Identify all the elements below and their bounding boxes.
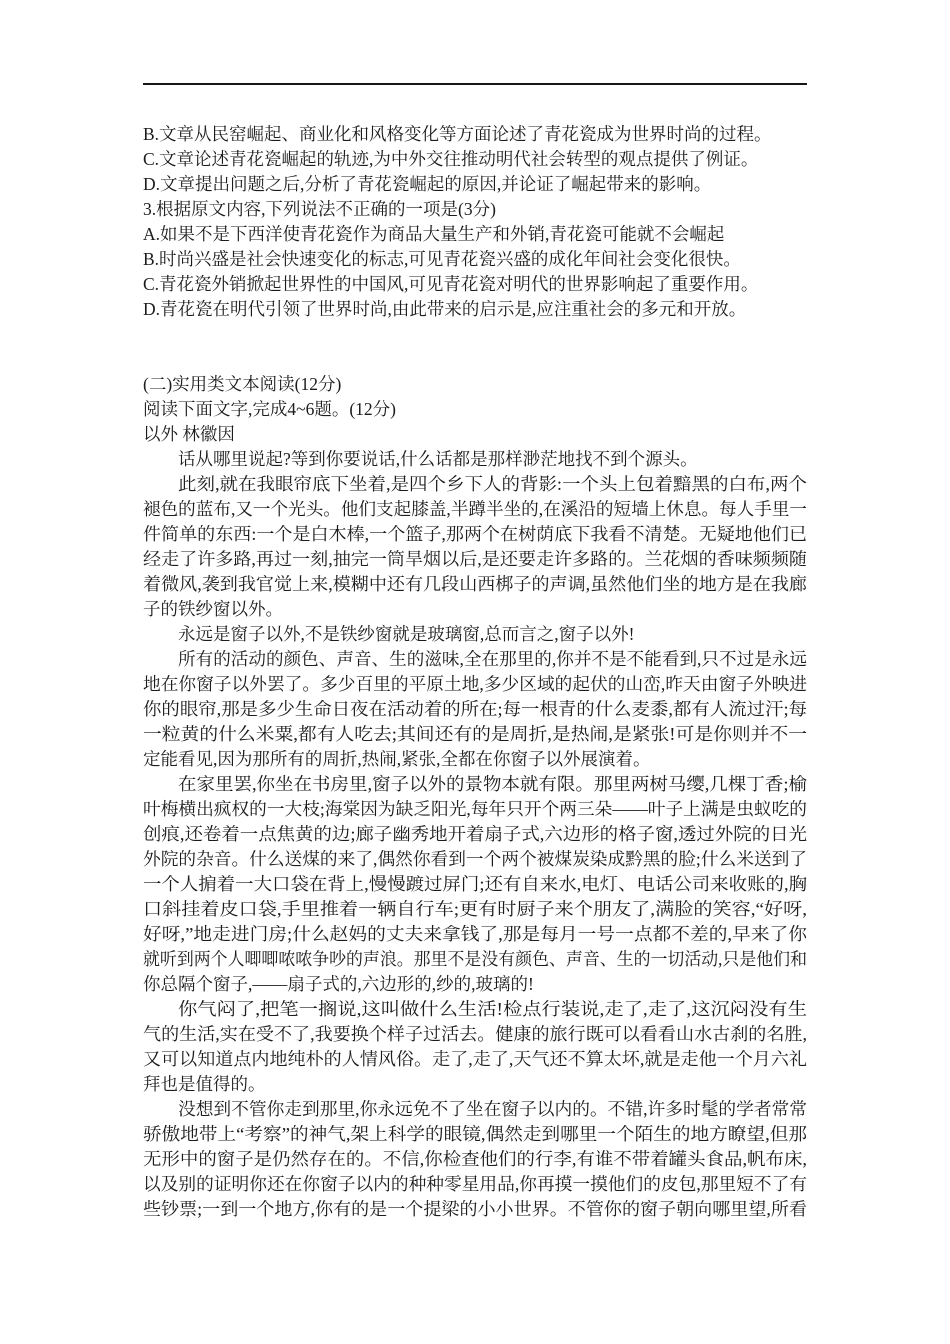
line-text: 好呀,”地走进门房;什么赵妈的丈夫来拿钱了,那是每月一号一点都不差的,早来了你 <box>143 922 807 947</box>
line-text: 话从哪里说起?等到你要说话,什么话都是那样渺茫地找不到个源头。 <box>178 447 698 472</box>
option-line: B.时尚兴盛是社会快速变化的标志,可见青花瓷兴盛的成化年间社会变化很快。 <box>143 247 807 272</box>
line-text: 你气闷了,把笔一搁说,这叫做什么生活!检点行装说,走了,走了,这沉闷没有生 <box>178 997 807 1022</box>
line-text: A.如果不是下西洋使青花瓷作为商品大量生产和外销,青花瓷可能就不会崛起 <box>143 222 724 247</box>
essay-line: 你总隔个窗子,——扇子式的,六边形的,纱的,玻璃的! <box>143 972 807 997</box>
option-line: C.文章论述青花瓷崛起的轨迹,为中外交往推动明代社会转型的观点提供了例证。 <box>143 147 807 172</box>
line-text: 些钞票;一到一个地方,你有的是一个提梁的小小世界。不管你的窗子朝向哪里望,所看 <box>143 1197 807 1222</box>
essay-line: 地在你窗子以外罢了。多少百里的平原土地,多少区域的起伏的山峦,昨天由窗子外映进 <box>143 672 807 697</box>
essay-line: 着微风,袭到我官觉上来,模糊中还有几段山西梆子的声调,虽然他们坐的地方是在我廊 <box>143 572 807 597</box>
essay-line: 外院的杂音。什么送煤的来了,偶然你看到一个两个被煤炭染成黔黑的脸;什么米送到了 <box>143 847 807 872</box>
line-text: 所有的活动的颜色、声音、生的滋味,全在那里的,你并不是不能看到,只不过是永远 <box>178 647 807 672</box>
document-page: B.文章从民窑崛起、商业化和风格变化等方面论述了青花瓷成为世界时尚的过程。C.文… <box>0 0 950 1344</box>
line-text: 外院的杂音。什么送煤的来了,偶然你看到一个两个被煤炭染成黔黑的脸;什么米送到了 <box>143 847 807 872</box>
option-line: A.如果不是下西洋使青花瓷作为商品大量生产和外销,青花瓷可能就不会崛起 <box>143 222 807 247</box>
line-text: 没想到不管你走到那里,你永远免不了坐在窗子以内的。不错,许多时髦的学者常常 <box>178 1097 807 1122</box>
section-heading-line: (二)实用类文本阅读(12分) <box>143 372 807 397</box>
essay-line: 所有的活动的颜色、声音、生的滋味,全在那里的,你并不是不能看到,只不过是永远 <box>143 647 807 672</box>
essay-line: 永远是窗子以外,不是铁纱窗就是玻璃窗,总而言之,窗子以外! <box>143 622 807 647</box>
essay-line: 一粒黄的什么米粟,都有人吃去;其间还有的是周折,是热闹,是紧张!可是你则并不一 <box>143 722 807 747</box>
title-author-line: 以外 林徽因 <box>143 422 807 447</box>
line-text: D.文章提出问题之后,分析了青花瓷崛起的原因,并论证了崛起带来的影响。 <box>143 172 711 197</box>
essay-line: 话从哪里说起?等到你要说话,什么话都是那样渺茫地找不到个源头。 <box>143 447 807 472</box>
line-text: 地在你窗子以外罢了。多少百里的平原土地,多少区域的起伏的山峦,昨天由窗子外映进 <box>143 672 807 697</box>
line-text: C.青花瓷外销掀起世界性的中国风,可见青花瓷对明代的世界影响起了重要作用。 <box>143 272 758 297</box>
line-text: 创痕,还卷着一点焦黄的边;廊子幽秀地开着扇子式,六边形的格子窗,透过外院的日光 <box>143 822 807 847</box>
essay-line: 在家里罢,你坐在书房里,窗子以外的景物本就有限。那里两树马缨,几棵丁香;榆 <box>143 772 807 797</box>
line-text: 拜也是值得的。 <box>143 1072 266 1097</box>
option-line: D.青花瓷在明代引领了世界时尚,由此带来的启示是,应注重社会的多元和开放。 <box>143 297 807 322</box>
essay-line: 以及别的证明你还在你窗子以内的种种零星用品,你再摸一摸他们的皮包,那里短不了有 <box>143 1172 807 1197</box>
essay-line: 骄傲地带上“考察”的神气,架上科学的眼镜,偶然走到哪里一个陌生的地方瞭望,但那 <box>143 1122 807 1147</box>
line-text: 着微风,袭到我官觉上来,模糊中还有几段山西梆子的声调,虽然他们坐的地方是在我廊 <box>143 572 807 597</box>
document-content: B.文章从民窑崛起、商业化和风格变化等方面论述了青花瓷成为世界时尚的过程。C.文… <box>143 122 807 1222</box>
essay-line: 好呀,”地走进门房;什么赵妈的丈夫来拿钱了,那是每月一号一点都不差的,早来了你 <box>143 922 807 947</box>
essay-line: 又可以知道点内地纯朴的人情风俗。走了,走了,天气还不算太坏,就是走他一个月六礼 <box>143 1047 807 1072</box>
line-text: 经走了许多路,再过一刻,抽完一筒旱烟以后,是还要走许多路的。兰花烟的香味频频随 <box>143 547 807 572</box>
essay-line: 褪色的蓝布,又一个光头。他们支起膝盖,半蹲半坐的,在溪沿的短墙上休息。每人手里一 <box>143 497 807 522</box>
line-text: (二)实用类文本阅读(12分) <box>143 372 341 397</box>
essay-line: 子的铁纱窗以外。 <box>143 597 807 622</box>
option-line: B.文章从民窑崛起、商业化和风格变化等方面论述了青花瓷成为世界时尚的过程。 <box>143 122 807 147</box>
line-text: 无形中的窗子是仍然存在的。不信,你检查他们的行李,有谁不带着罐头食品,帆布床, <box>143 1147 807 1172</box>
line-text: 口斜挂着皮口袋,手里推着一辆自行车;更有时厨子来个朋友了,满脸的笑容,“好呀, <box>143 897 807 922</box>
essay-line: 就听到两个人唧唧哝哝争吵的声浪。那里不是没有颜色、声音、生的一切活动,只是他们和 <box>143 947 807 972</box>
line-text: 此刻,就在我眼帘底下坐着,是四个乡下人的背影:一个头上包着黯黑的白布,两个 <box>178 472 807 497</box>
essay-line: 你的眼帘,那是多少生命日夜在活动着的所在;每一根青的什么麦黍,都有人流过汗;每 <box>143 697 807 722</box>
line-text: 以外 林徽因 <box>143 422 235 447</box>
line-text: 子的铁纱窗以外。 <box>143 597 283 622</box>
line-text: 一粒黄的什么米粟,都有人吃去;其间还有的是周折,是热闹,是紧张!可是你则并不一 <box>143 722 807 747</box>
essay-line: 气的生活,实在受不了,我要换个样子过活去。健康的旅行既可以看看山水古刹的名胜, <box>143 1022 807 1047</box>
line-text: B.时尚兴盛是社会快速变化的标志,可见青花瓷兴盛的成化年间社会变化很快。 <box>143 247 741 272</box>
line-text: 褪色的蓝布,又一个光头。他们支起膝盖,半蹲半坐的,在溪沿的短墙上休息。每人手里一 <box>143 497 807 522</box>
line-text: 阅读下面文字,完成4~6题。(12分) <box>143 397 396 422</box>
line-text: 永远是窗子以外,不是铁纱窗就是玻璃窗,总而言之,窗子以外! <box>178 622 634 647</box>
essay-line: 些钞票;一到一个地方,你有的是一个提梁的小小世界。不管你的窗子朝向哪里望,所看 <box>143 1197 807 1222</box>
line-text: 气的生活,实在受不了,我要换个样子过活去。健康的旅行既可以看看山水古刹的名胜, <box>143 1022 807 1047</box>
essay-line: 此刻,就在我眼帘底下坐着,是四个乡下人的背影:一个头上包着黯黑的白布,两个 <box>143 472 807 497</box>
line-text: B.文章从民窑崛起、商业化和风格变化等方面论述了青花瓷成为世界时尚的过程。 <box>143 122 772 147</box>
essay-line: 无形中的窗子是仍然存在的。不信,你检查他们的行李,有谁不带着罐头食品,帆布床, <box>143 1147 807 1172</box>
question-line: 3.根据原文内容,下列说法不正确的一项是(3分) <box>143 197 807 222</box>
line-text: 件简单的东西:一个是白木棒,一个篮子,那两个在树荫底下我看不清楚。无疑地他们已 <box>143 522 807 547</box>
line-text: 在家里罢,你坐在书房里,窗子以外的景物本就有限。那里两树马缨,几棵丁香;榆 <box>178 772 807 797</box>
line-text: 3.根据原文内容,下列说法不正确的一项是(3分) <box>143 197 496 222</box>
line-text: D.青花瓷在明代引领了世界时尚,由此带来的启示是,应注重社会的多元和开放。 <box>143 297 746 322</box>
essay-line: 定能看见,因为那所有的周折,热闹,紧张,全都在你窗子以外展演着。 <box>143 747 807 772</box>
essay-line: 你气闷了,把笔一搁说,这叫做什么生活!检点行装说,走了,走了,这沉闷没有生 <box>143 997 807 1022</box>
line-text: 叶梅横出疯权的一大枝;海棠因为缺乏阳光,每年只开个两三朵——叶子上满是虫蚁吃的 <box>143 797 807 822</box>
line-text: 你总隔个窗子,——扇子式的,六边形的,纱的,玻璃的! <box>143 972 534 997</box>
essay-line: 口斜挂着皮口袋,手里推着一辆自行车;更有时厨子来个朋友了,满脸的笑容,“好呀, <box>143 897 807 922</box>
line-text: 你的眼帘,那是多少生命日夜在活动着的所在;每一根青的什么麦黍,都有人流过汗;每 <box>143 697 807 722</box>
essay-line: 拜也是值得的。 <box>143 1072 807 1097</box>
essay-line: 一个人掮着一大口袋在背上,慢慢踱过屏门;还有自来水,电灯、电话公司来收账的,胸 <box>143 872 807 897</box>
essay-line: 经走了许多路,再过一刻,抽完一筒旱烟以后,是还要走许多路的。兰花烟的香味频频随 <box>143 547 807 572</box>
line-text: 又可以知道点内地纯朴的人情风俗。走了,走了,天气还不算太坏,就是走他一个月六礼 <box>143 1047 807 1072</box>
line-text: 就听到两个人唧唧哝哝争吵的声浪。那里不是没有颜色、声音、生的一切活动,只是他们和 <box>143 947 807 972</box>
line-text: 以及别的证明你还在你窗子以内的种种零星用品,你再摸一摸他们的皮包,那里短不了有 <box>143 1172 807 1197</box>
section-divider-line <box>143 83 807 85</box>
line-text: 骄傲地带上“考察”的神气,架上科学的眼镜,偶然走到哪里一个陌生的地方瞭望,但那 <box>143 1122 807 1147</box>
line-text: 一个人掮着一大口袋在背上,慢慢踱过屏门;还有自来水,电灯、电话公司来收账的,胸 <box>143 872 807 897</box>
instruction-line: 阅读下面文字,完成4~6题。(12分) <box>143 397 807 422</box>
essay-line: 叶梅横出疯权的一大枝;海棠因为缺乏阳光,每年只开个两三朵——叶子上满是虫蚁吃的 <box>143 797 807 822</box>
option-line: C.青花瓷外销掀起世界性的中国风,可见青花瓷对明代的世界影响起了重要作用。 <box>143 272 807 297</box>
essay-line: 件简单的东西:一个是白木棒,一个篮子,那两个在树荫底下我看不清楚。无疑地他们已 <box>143 522 807 547</box>
line-text: 定能看见,因为那所有的周折,热闹,紧张,全都在你窗子以外展演着。 <box>143 747 651 772</box>
essay-line: 没想到不管你走到那里,你永远免不了坐在窗子以内的。不错,许多时髦的学者常常 <box>143 1097 807 1122</box>
option-line: D.文章提出问题之后,分析了青花瓷崛起的原因,并论证了崛起带来的影响。 <box>143 172 807 197</box>
essay-line: 创痕,还卷着一点焦黄的边;廊子幽秀地开着扇子式,六边形的格子窗,透过外院的日光 <box>143 822 807 847</box>
line-text: C.文章论述青花瓷崛起的轨迹,为中外交往推动明代社会转型的观点提供了例证。 <box>143 147 758 172</box>
